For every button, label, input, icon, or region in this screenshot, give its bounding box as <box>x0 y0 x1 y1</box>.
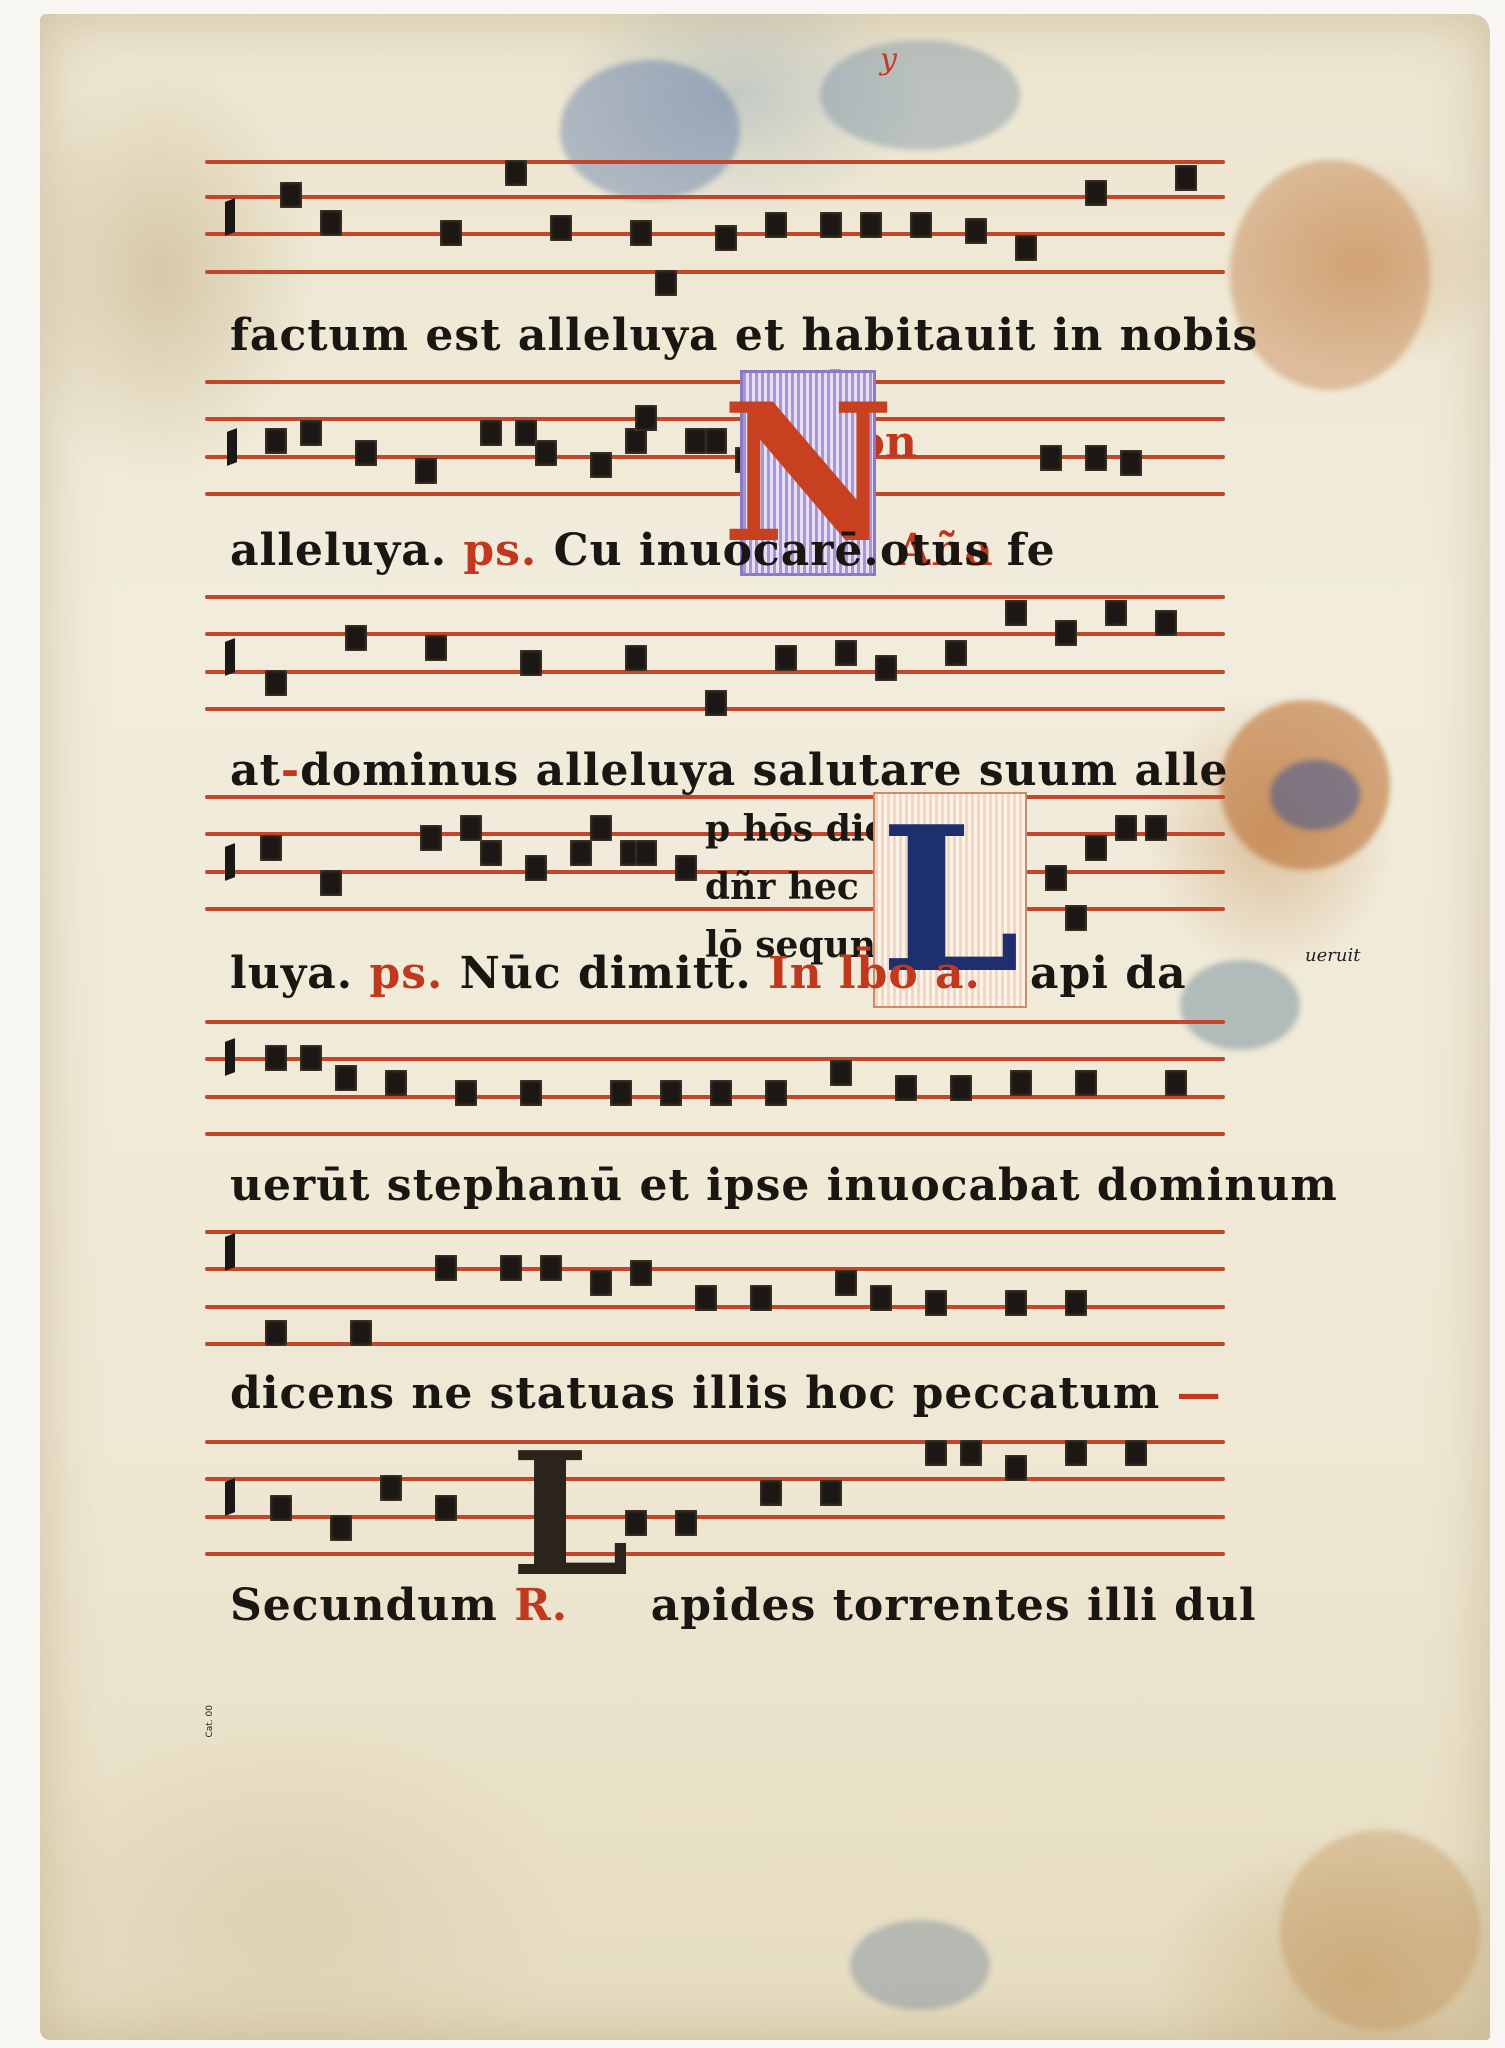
music-staff-1 <box>205 160 1225 300</box>
text-line-4: luya. ps. Nūc dimitt. In lb̄o a. <box>230 948 981 999</box>
blue-stain <box>850 1920 990 2010</box>
music-staff-5 <box>205 1020 1225 1160</box>
folio-mark: y <box>880 42 897 77</box>
text-line-5: uerūt stephanū et ipse inuocabat dominum <box>230 1160 1338 1211</box>
text-line-7: Secundum R. apides torrentes illi dul <box>230 1580 1257 1631</box>
c-clef-icon <box>225 198 235 236</box>
c-clef-icon <box>225 1038 235 1076</box>
text-line-6: dicens ne statuas illis hoc peccatum — <box>230 1368 1222 1419</box>
blue-stain <box>820 40 1020 150</box>
music-staff-2 <box>205 380 1225 520</box>
c-clef-icon <box>225 843 235 881</box>
margin-annotation: ueruit <box>1305 945 1360 966</box>
music-staff-6 <box>205 1230 1225 1370</box>
c-clef-icon <box>225 1478 235 1516</box>
c-clef-icon <box>225 1233 235 1271</box>
c-clef-icon <box>227 428 237 466</box>
text-line-4-end: api da <box>1030 948 1187 999</box>
rust-stain <box>1280 1830 1480 2030</box>
music-staff-7 <box>205 1440 1225 1580</box>
blue-stain <box>1270 760 1360 830</box>
c-clef-icon <box>225 638 235 676</box>
rust-stain <box>1230 160 1430 390</box>
catalog-stamp: Cat. 00 <box>205 1705 215 1738</box>
text-line-3: at-dominus alleluya salutare suum alle <box>230 745 1228 796</box>
music-staff-3 <box>205 595 1225 735</box>
text-line-2-end: otus fe <box>880 525 1056 576</box>
text-line-1: factum est alleluya et habitauit in nobi… <box>230 310 1258 361</box>
